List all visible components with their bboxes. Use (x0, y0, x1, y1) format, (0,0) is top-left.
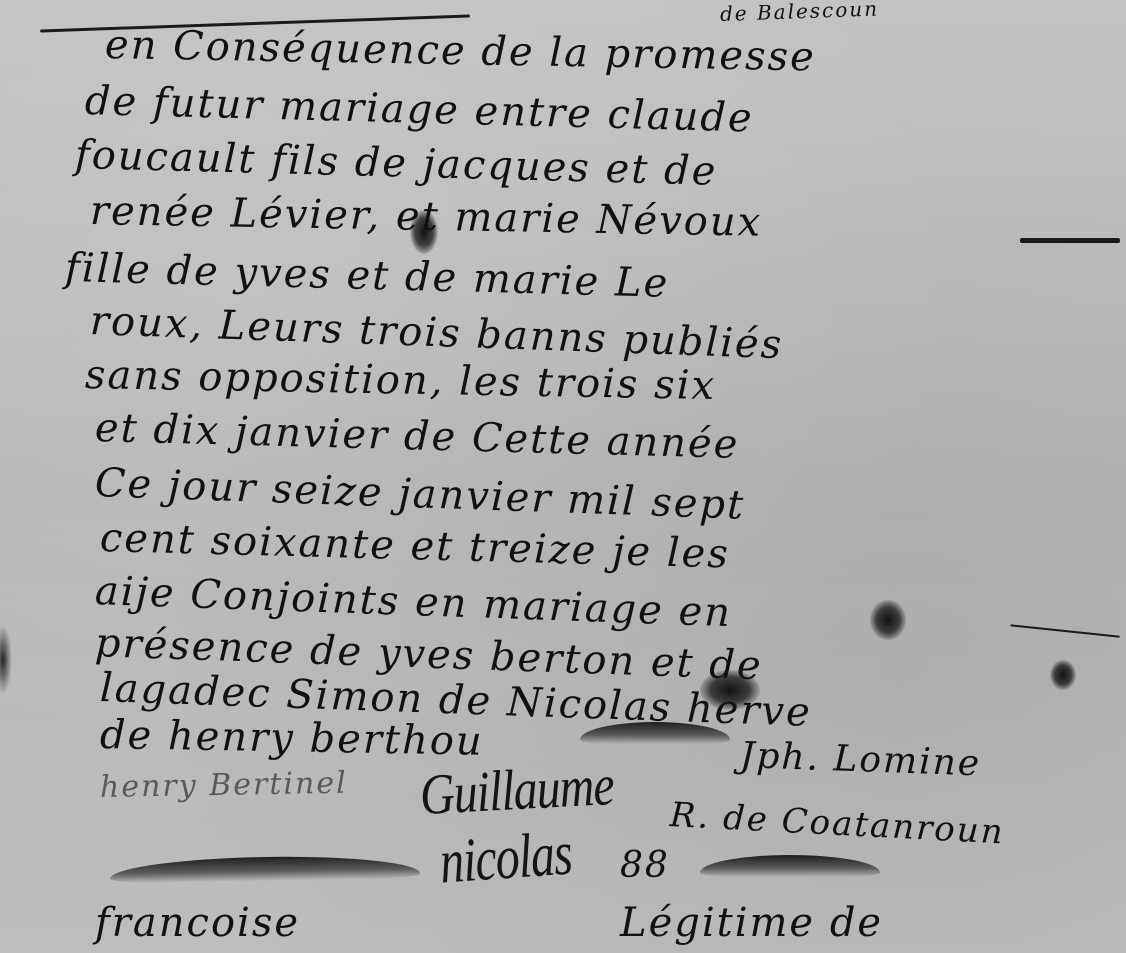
strike-rule (1020, 238, 1120, 243)
manuscript-line-2: de futur mariage entre claude (84, 78, 754, 141)
signature-rector-coatanroun: R. de Coatanroun (669, 795, 1006, 852)
next-entry-line-left: francoise (95, 900, 300, 946)
manuscript-line-1: en Conséquence de la promesse (105, 22, 817, 80)
manuscript-page: de Balescoun en Conséquence de la promes… (0, 0, 1126, 953)
ink-blot (1050, 660, 1076, 690)
ink-blot (410, 210, 438, 254)
manuscript-line-14: de henry berthou (100, 712, 484, 765)
signature-lomine: Jph. Lomine (739, 735, 982, 784)
signature-henry-bertinel: henry Bertinel (100, 766, 348, 805)
signature-nicolas: nicolas (438, 818, 574, 899)
manuscript-line-5: fille de yves et de marie Le (64, 245, 669, 307)
manuscript-line-8: et dix janvier de Cette année (94, 405, 740, 468)
next-entry-line-right: Légitime de (620, 900, 883, 946)
ink-blot (870, 600, 906, 640)
ink-blot (700, 670, 760, 710)
ink-smear (700, 855, 880, 877)
manuscript-line-7: sans opposition, les trois six (85, 352, 717, 409)
signature-guillaume: Guillaume (418, 752, 615, 828)
strike-rule (1010, 624, 1120, 637)
top-annotation: de Balescoun (720, 0, 880, 26)
signature-paraph: 88 (620, 845, 670, 886)
page-edge-mark (0, 625, 12, 695)
manuscript-line-3: foucault fils de jacques et de (74, 132, 718, 195)
ink-smear (110, 854, 420, 883)
